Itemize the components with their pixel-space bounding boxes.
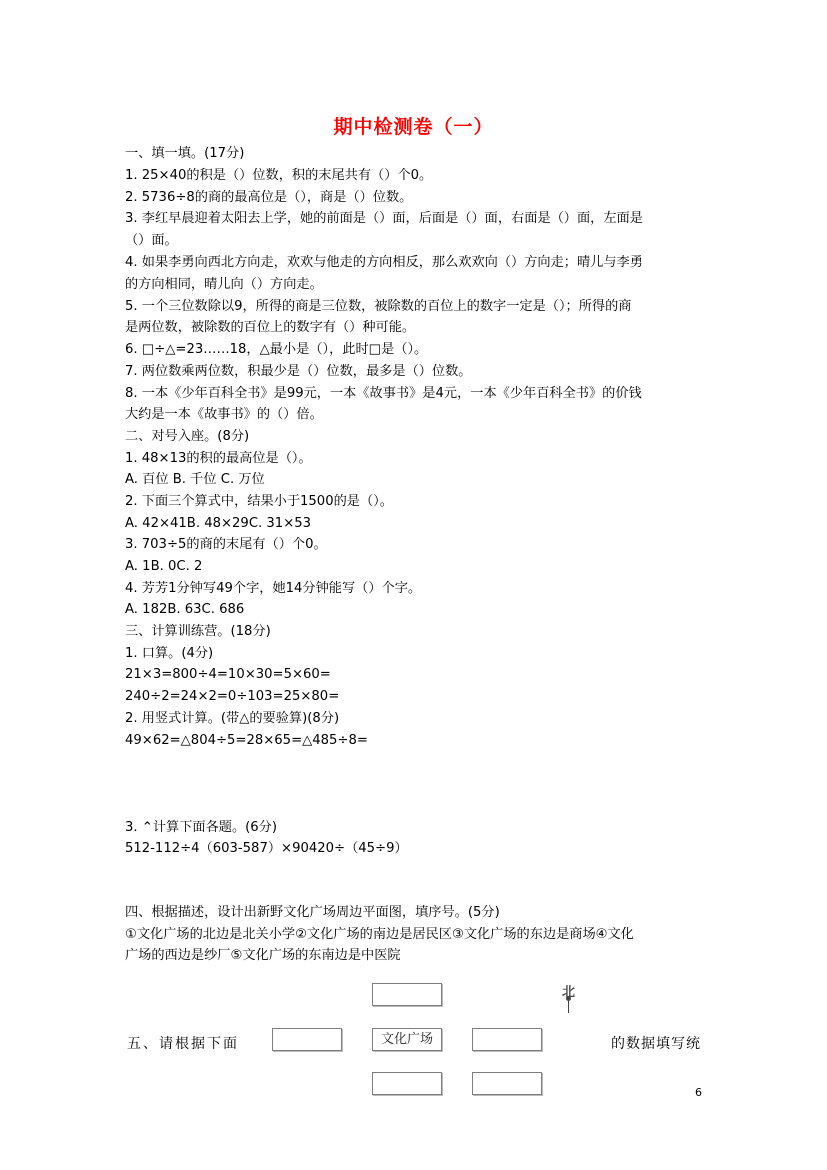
question-line: 7. 两位数乘两位数，积最少是（）位数，最多是（）位数。 <box>125 363 471 381</box>
north-arrow-icon <box>568 998 569 1013</box>
question-line: 是两位数，被除数的百位上的数字有（）种可能。 <box>125 319 415 337</box>
page-title: 期中检测卷（一） <box>0 112 827 139</box>
question-line: 49×62=△804÷5=28×65=△485÷8= <box>125 732 368 750</box>
question-line: 6. □÷△=23……18，△最小是（），此时□是（）。 <box>125 341 427 359</box>
question-line: ①文化广场的北边是北关小学②文化广场的南边是居民区③文化广场的东边是商场④文化 <box>125 926 634 944</box>
question-line: 4. 芳芳1分钟写49个字，她14分钟能写（）个字。 <box>125 580 421 598</box>
question-line: 3. 李红早晨迎着太阳去上学，她的前面是（）面，后面是（）面，右面是（）面，左面… <box>125 210 643 228</box>
question-line: 3. 703÷5的商的末尾有（）个0。 <box>125 536 327 554</box>
southeast-box <box>472 1072 542 1095</box>
question-line: 二、对号入座。(8分) <box>125 428 249 446</box>
east-box <box>472 1028 542 1051</box>
south-box <box>372 1072 442 1095</box>
question-line: （）面。 <box>125 232 178 250</box>
question-line: 大约是一本《故事书》的（）倍。 <box>125 406 323 424</box>
question-line: 5. 一个三位数除以9，所得的商是三位数，被除数的百位上的数字一定是（）；所得的… <box>125 298 632 316</box>
section5-text-right: 的数据填写统 <box>611 1033 701 1053</box>
question-line: A. 百位 B. 千位 C. 万位 <box>125 471 265 489</box>
center-box: 文化广场 <box>372 1028 442 1051</box>
question-line: 4. 如果李勇向西北方向走，欢欢与他走的方向相反，那么欢欢向（）方向走；晴儿与李… <box>125 254 643 272</box>
question-line: 240÷2=24×2=0÷103=25×80= <box>125 688 339 706</box>
question-line: 2. 下面三个算式中，结果小于1500的是（）。 <box>125 493 393 511</box>
question-line: A. 1B. 0C. 2 <box>125 558 202 576</box>
question-line: 1. 48×13的积的最高位是（）。 <box>125 450 312 468</box>
section5-text-left: 五、请根据下面 <box>127 1033 239 1053</box>
question-line: 1. 25×40的积是（）位数，积的末尾共有（）个0。 <box>125 167 432 185</box>
exam-page: 期中检测卷（一） 一、填一填。(17分)1. 25×40的积是（）位数，积的末尾… <box>0 0 827 1170</box>
question-line: A. 182B. 63C. 686 <box>125 601 244 619</box>
question-line: 21×3=800÷4=10×30=5×60= <box>125 666 331 684</box>
question-line: A. 42×41B. 48×29C. 31×53 <box>125 515 311 533</box>
question-line: 广场的西边是纱厂⑤文化广场的东南边是中医院 <box>125 947 401 965</box>
north-box <box>372 983 442 1006</box>
page-number: 6 <box>695 1086 702 1099</box>
question-line: 8. 一本《少年百科全书》是99元，一本《故事书》是4元，一本《少年百科全书》的… <box>125 385 642 403</box>
question-line: 的方向相同，晴儿向（）方向走。 <box>125 276 323 294</box>
question-line: 512-112÷4（603-587）×90420÷（45÷9） <box>125 840 408 858</box>
question-line: 2. 用竖式计算。(带△的要验算)(8分) <box>125 710 339 728</box>
question-line: 三、计算训练营。(18分) <box>125 623 271 641</box>
question-line: 一、填一填。(17分) <box>125 145 244 163</box>
question-line: 2. 5736÷8的商的最高位是（），商是（）位数。 <box>125 189 412 207</box>
west-box <box>272 1028 342 1051</box>
question-line: 3. ⌃计算下面各题。(6分) <box>125 819 277 837</box>
question-line: 1. 口算。(4分) <box>125 645 213 663</box>
question-line: 四、根据描述，设计出新野文化广场周边平面图，填序号。(5分) <box>125 904 500 922</box>
